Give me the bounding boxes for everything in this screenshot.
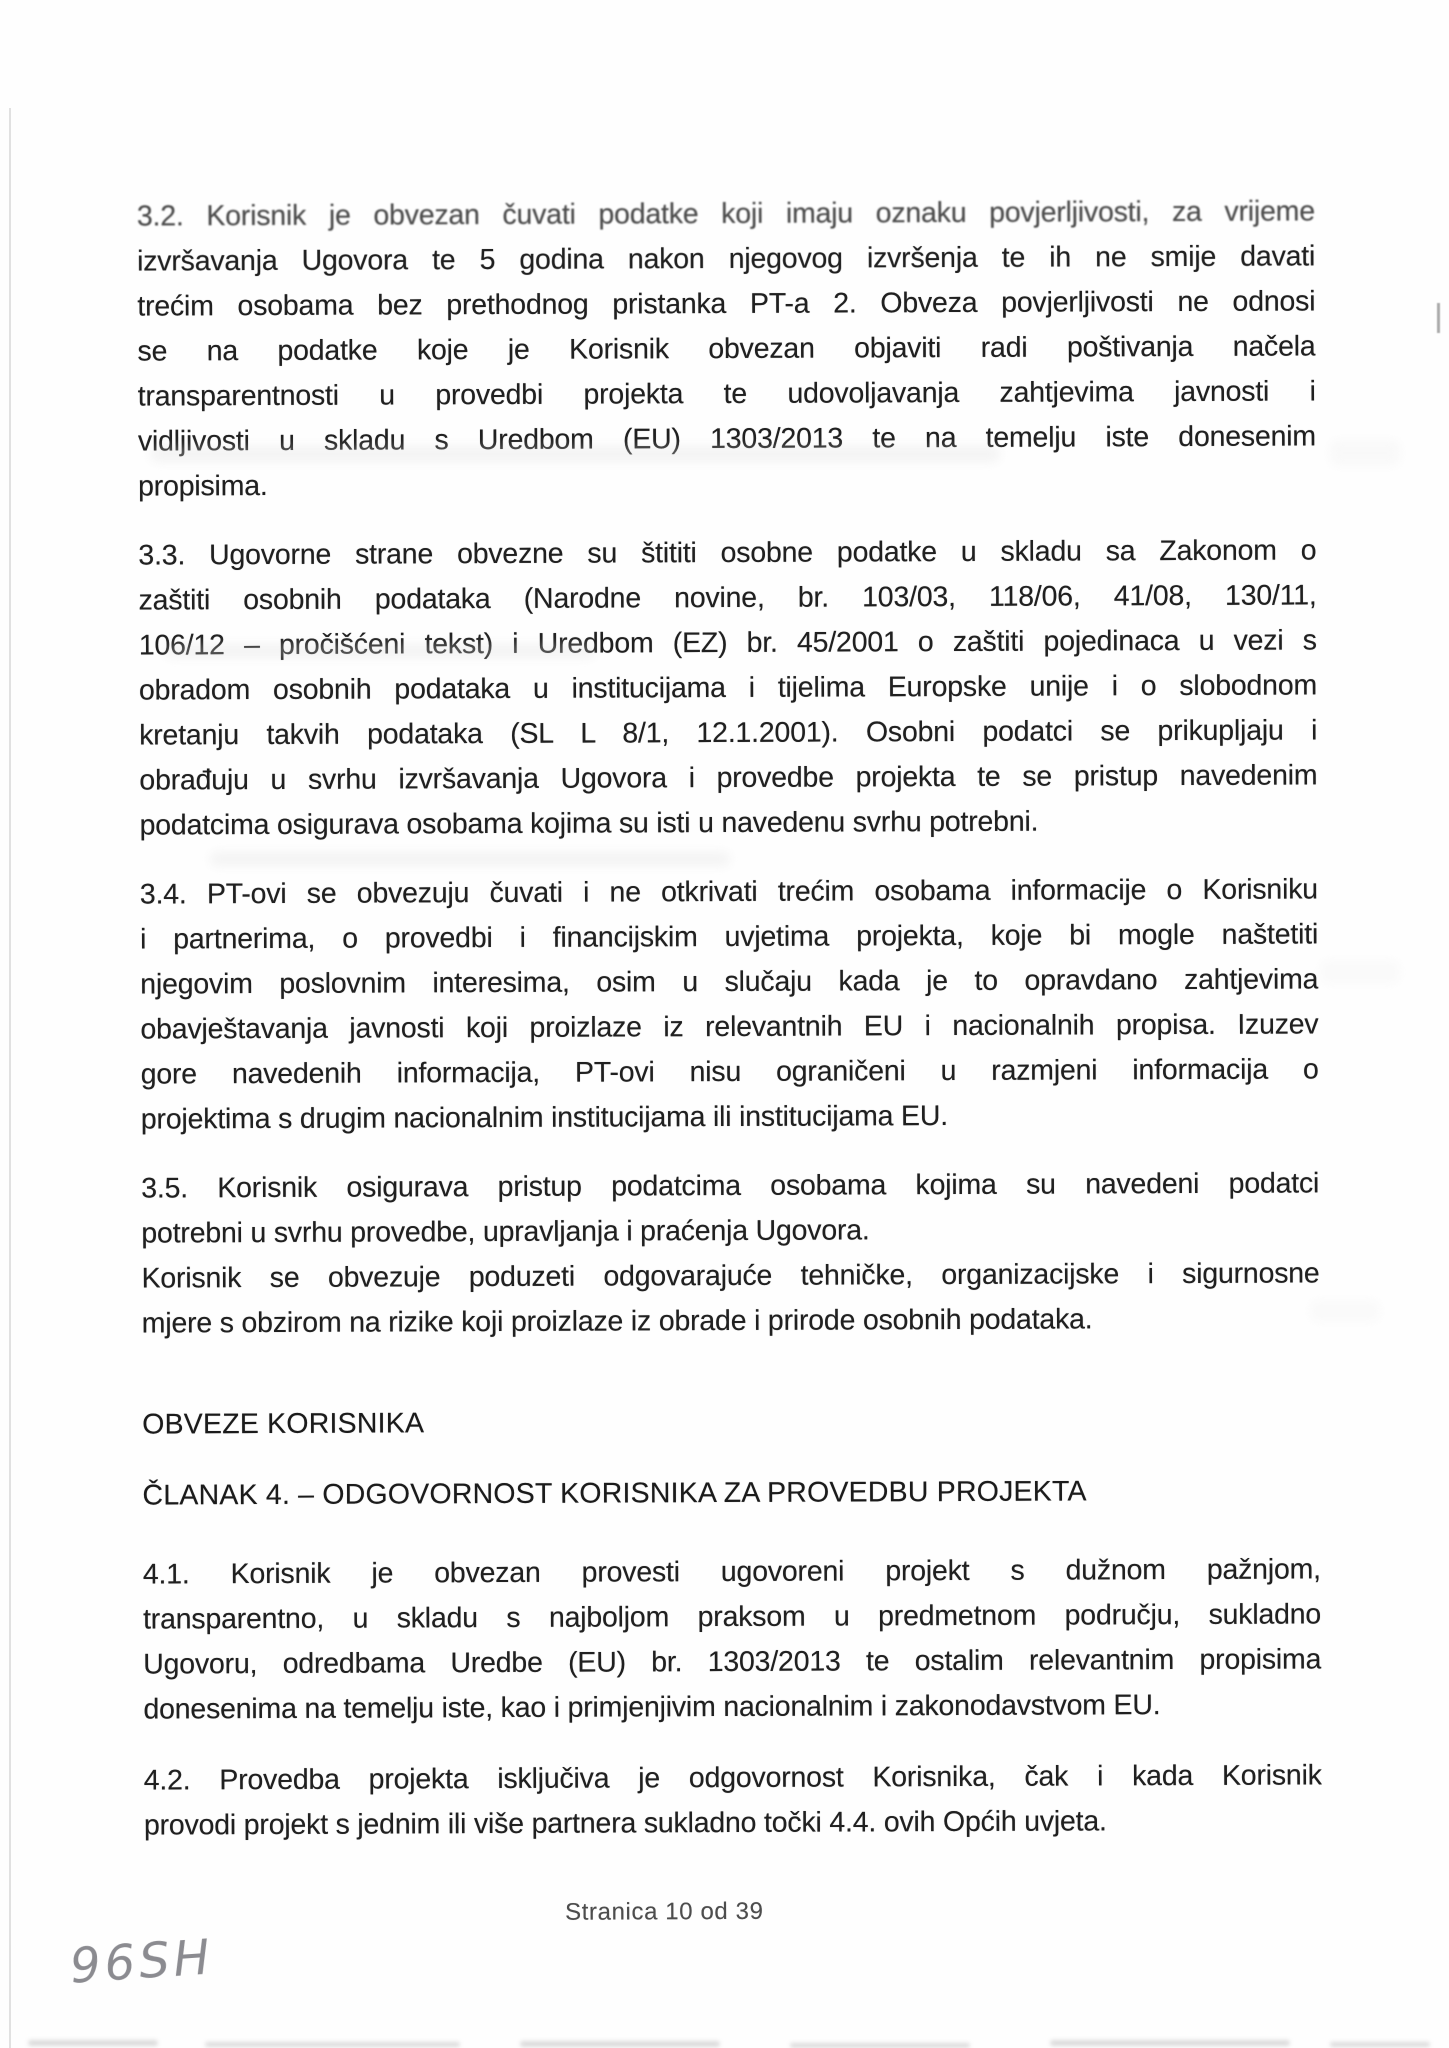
text-line: se na podatke koje je Korisnik obvezan o…	[137, 324, 1315, 374]
text-line: transparentno, u skladu s najboljom prak…	[143, 1592, 1321, 1642]
scan-edge-line	[9, 108, 11, 2048]
text-line: transparentnosti u provedbi projekta te …	[138, 369, 1316, 419]
clause-3-5: 3.5. Korisnik osigurava pristup podatcim…	[141, 1161, 1320, 1346]
text-line: Korisnik se obvezuje poduzeti odgovaraju…	[141, 1251, 1319, 1301]
scan-bottom-edge-artifact	[1330, 2042, 1430, 2047]
clause-3-4: 3.4. PT-ovi se obvezuju čuvati i ne otkr…	[140, 867, 1319, 1142]
clause-4-1: 4.1. Korisnik je obvezan provesti ugovor…	[143, 1547, 1322, 1732]
scan-bottom-edge-artifact	[790, 2043, 970, 2048]
text-line: njegovim poslovnim interesima, osim u sl…	[140, 957, 1318, 1007]
article-heading-clanak-4: ČLANAK 4. – ODGOVORNOST KORISNIKA ZA PRO…	[142, 1468, 1320, 1518]
text-line: 4.1. Korisnik je obvezan provesti ugovor…	[143, 1547, 1321, 1597]
text-line: 4.2. Provedba projekta isključiva je odg…	[144, 1753, 1322, 1803]
text-line: zaštiti osobnih podataka (Narodne novine…	[138, 573, 1316, 623]
page-number-label: Stranica 10 od 39	[144, 1896, 1184, 1929]
clause-3-3: 3.3. Ugovorne strane obvezne su štititi …	[138, 528, 1317, 848]
text-line: mjere s obzirom na rizike koji proizlaze…	[142, 1296, 1320, 1346]
scan-bottom-edge-artifact	[1050, 2040, 1290, 2046]
scan-skew-wrapper: 3.2. Korisnik je obvezan čuvati podatke …	[0, 0, 1449, 2048]
scan-smudge	[1310, 1300, 1380, 1322]
scan-artifact-tick	[1437, 303, 1440, 333]
scan-smudge	[210, 852, 730, 866]
text-line: obrađuju u svrhu izvršavanja Ugovora i p…	[139, 753, 1317, 803]
text-line: obavještavanja javnosti koji proizlaze i…	[140, 1002, 1318, 1052]
text-line: obradom osobnih podataka u institucijama…	[139, 663, 1317, 713]
text-line: izvršavanja Ugovora te 5 godina nakon nj…	[137, 234, 1315, 284]
document-body-text: 3.2. Korisnik je obvezan čuvati podatke …	[137, 189, 1322, 1872]
text-line: projektima s drugim nacionalnim instituc…	[141, 1092, 1319, 1142]
scan-smudge	[150, 446, 1000, 462]
scan-smudge	[1320, 960, 1400, 984]
scan-smudge	[1330, 440, 1400, 466]
scan-bottom-edge-artifact	[520, 2041, 720, 2047]
handwritten-initials: 96SH	[68, 1929, 215, 1995]
scan-bottom-edge-artifact	[28, 2040, 158, 2046]
text-line: provodi projekt s jednim ili više partne…	[144, 1798, 1322, 1848]
text-line: 3.3. Ugovorne strane obvezne su štititi …	[138, 528, 1316, 578]
text-line: i partnerima, o provedbi i financijskim …	[140, 912, 1318, 962]
clause-4-2: 4.2. Provedba projekta isključiva je odg…	[144, 1753, 1322, 1848]
text-line: Ugovoru, odredbama Uredbe (EU) br. 1303/…	[143, 1637, 1321, 1687]
text-line: potrebni u svrhu provedbe, upravljanja i…	[141, 1206, 1319, 1256]
scanned-document-page: 3.2. Korisnik je obvezan čuvati podatke …	[0, 0, 1449, 2048]
scan-smudge	[165, 644, 595, 658]
text-line: trećim osobama bez prethodnog pristanka …	[137, 279, 1315, 329]
text-line: gore navedenih informacija, PT-ovi nisu …	[141, 1047, 1319, 1097]
text-line: 3.5. Korisnik osigurava pristup podatcim…	[141, 1161, 1319, 1211]
text-line: donesenima na temelju iste, kao i primje…	[143, 1682, 1321, 1732]
text-line: kretanju takvih podataka (SL L 8/1, 12.1…	[139, 708, 1317, 758]
section-heading-obveze-korisnika: OBVEZE KORISNIKA	[142, 1397, 1320, 1447]
text-line: 3.2. Korisnik je obvezan čuvati podatke …	[137, 189, 1315, 239]
text-line: 3.4. PT-ovi se obvezuju čuvati i ne otkr…	[140, 867, 1318, 917]
text-line: podatcima osigurava osobama kojima su is…	[139, 798, 1317, 848]
text-line: propisima.	[138, 459, 1316, 509]
scan-bottom-edge-artifact	[205, 2042, 460, 2047]
